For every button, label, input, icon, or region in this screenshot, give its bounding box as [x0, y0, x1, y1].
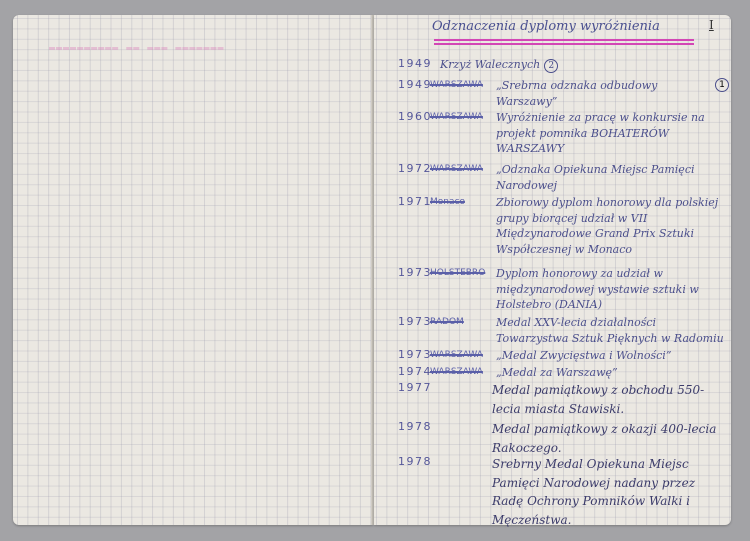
entry-place-struck: WARSZAWA — [430, 350, 483, 360]
faint-show-through-text: ▬▬▬▬▬▬▬▬▬▬ ▬▬ ▬▬▬ ▬▬▬▬▬▬▬ — [49, 43, 225, 54]
entry-year: 1973 — [398, 266, 432, 279]
entry-year: 1949 — [398, 78, 432, 91]
entry-year: 1973 — [398, 315, 432, 328]
entry-place-struck: WARSZAWA — [430, 112, 483, 122]
entry-text: Medal pamiątkowy z obchodu 550-lecia mia… — [492, 381, 724, 418]
entry-place-struck: WARSZAWA — [430, 164, 483, 174]
entry-text: Dyplom honorowy za udział w międzynarodo… — [496, 266, 728, 313]
entry-place-struck: Monaco — [430, 197, 465, 207]
circled-number: 2 — [544, 59, 558, 73]
entry-year: 1971 — [398, 195, 432, 208]
left-page: ▬▬▬▬▬▬▬▬▬▬ ▬▬ ▬▬▬ ▬▬▬▬▬▬▬ — [13, 15, 373, 525]
title-underline-2 — [434, 43, 694, 45]
entry-year: 1949 — [398, 57, 432, 70]
entry-text: „Medal Zwycięstwa i Wolności” — [496, 348, 728, 364]
entry-text: Zbiorowy dyplom honorowy dla polskiej gr… — [496, 195, 728, 257]
entry-text: Krzyż Walecznych2 — [440, 57, 672, 73]
entry-year: 1977 — [398, 381, 432, 394]
entry-place-struck: HOLSTEBRO — [430, 268, 485, 278]
entry-text: „Srebrna odznaka odbudowy Warszawy” — [496, 78, 706, 109]
right-page: Odznaczenia dyplomy wyróżnienia I 1949 K… — [374, 15, 731, 525]
entry-year: 1978 — [398, 455, 432, 468]
title-underline-1 — [434, 39, 694, 41]
entry-text: Medal pamiątkowy z okazji 400-lecia Rako… — [492, 420, 724, 457]
entry-text: Wyróżnienie za pracę w konkursie na proj… — [496, 110, 728, 157]
entry-year: 1960 — [398, 110, 432, 123]
page-title: Odznaczenia dyplomy wyróżnienia — [432, 19, 660, 34]
entry-year: 1972 — [398, 162, 432, 175]
entry-text: Srebrny Medal Opiekuna Miejsc Pamięci Na… — [492, 455, 724, 529]
entry-place-struck: WARSZAWA — [430, 367, 483, 377]
page-number: I — [709, 18, 714, 32]
entry-year: 1974 — [398, 365, 432, 378]
open-notebook: ▬▬▬▬▬▬▬▬▬▬ ▬▬ ▬▬▬ ▬▬▬▬▬▬▬ Odznaczenia dy… — [13, 15, 731, 525]
entry-text: Medal XXV-lecia działalności Towarzystwa… — [496, 315, 728, 346]
entry-year: 1978 — [398, 420, 432, 433]
circled-number: 1 — [715, 78, 729, 92]
entry-place-struck: WARSZAWA — [430, 80, 483, 90]
entry-year: 1973 — [398, 348, 432, 361]
entry-text: „Medal za Warszawę” — [496, 365, 728, 381]
entry-text: „Odznaka Opiekuna Miejsc Pamięci Narodow… — [496, 162, 728, 193]
entry-place-struck: RADOM — [430, 317, 464, 327]
